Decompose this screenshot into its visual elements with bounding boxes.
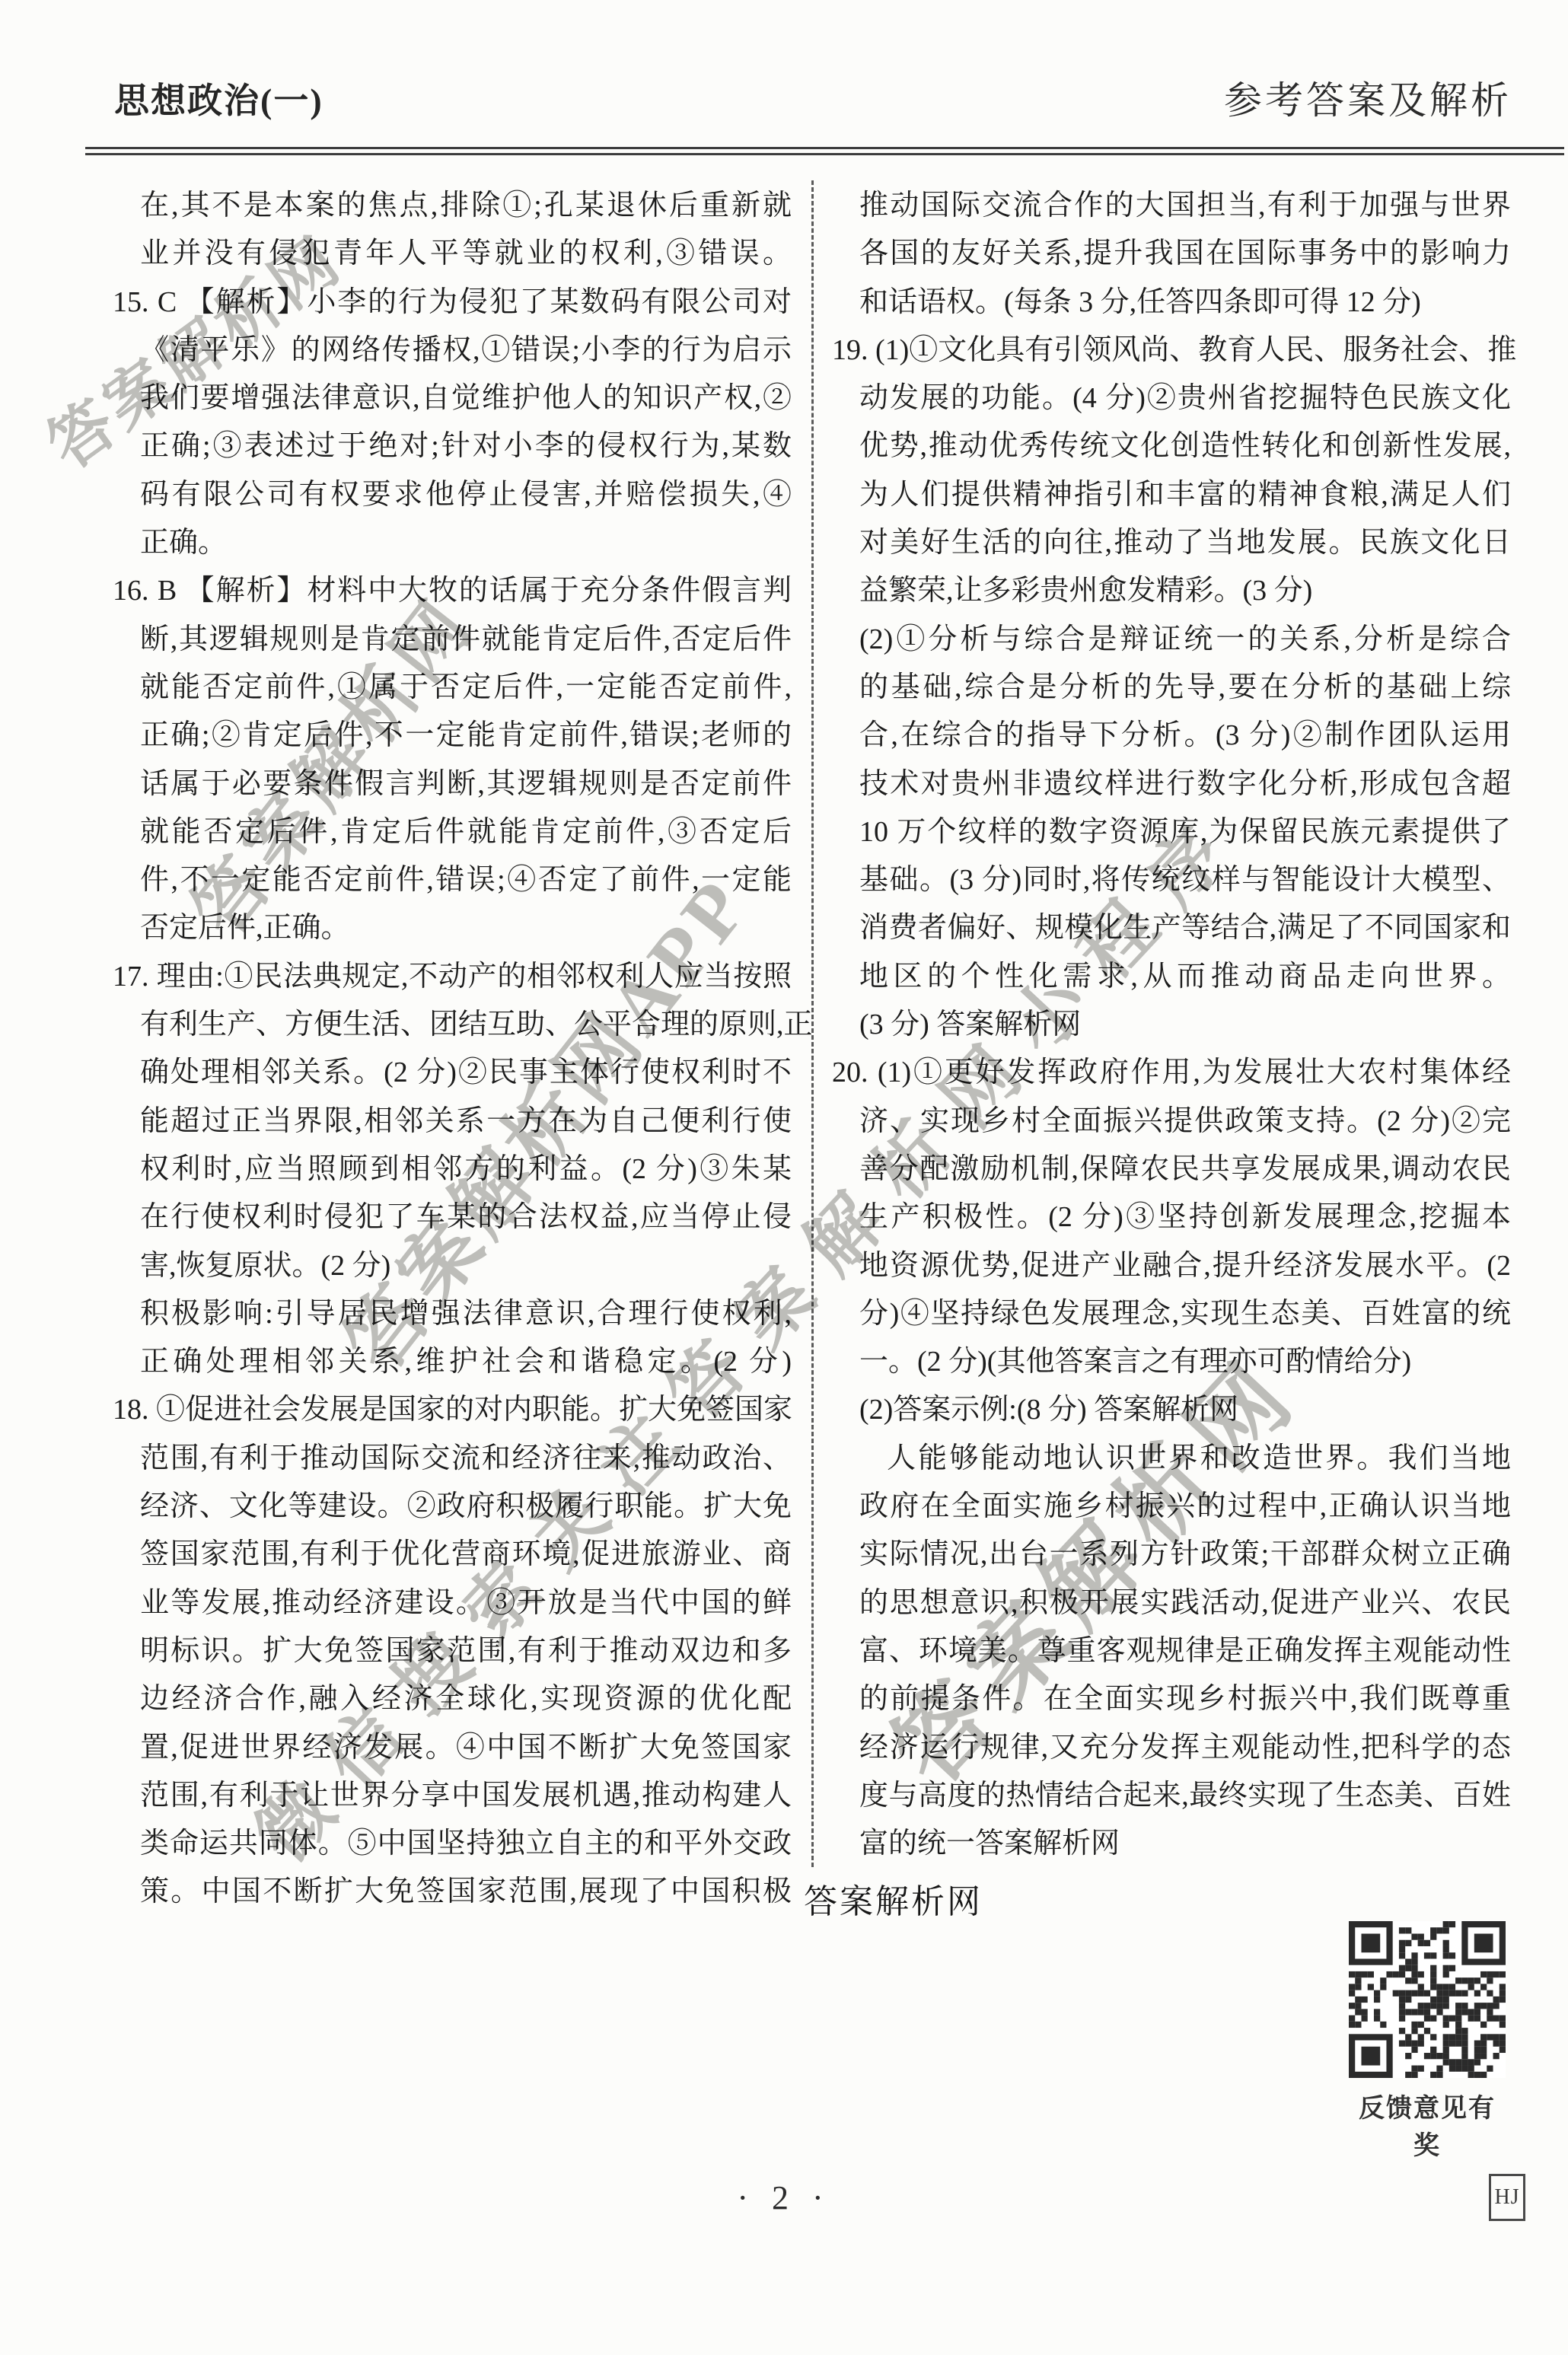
text-line: 类命运共同体。⑤中国坚持独立自主的和平外交政 <box>113 1820 792 1868</box>
text-line: 20. (1)①更好发挥政府作用,为发展壮大农村集体经 <box>832 1049 1511 1097</box>
text-line: 就能否定后件,肯定后件就能肯定前件,③否定后 <box>113 808 792 856</box>
text-line: 动发展的功能。(4 分)②贵州省挖掘特色民族文化 <box>832 374 1511 422</box>
qr-code <box>1349 1921 1506 2078</box>
text-line: 度与高度的热情结合起来,最终实现了生态美、百姓 <box>832 1772 1511 1820</box>
text-line: 码有限公司有权要求他停止侵害,并赔偿损失,④ <box>113 471 792 519</box>
text-line: 济、实现乡村全面振兴提供政策支持。(2 分)②完 <box>832 1098 1511 1146</box>
text-line: 正确。 <box>113 519 792 567</box>
text-line: 推动国际交流合作的大国担当,有利于加强与世界 <box>832 182 1511 230</box>
text-line: 10 万个纹样的数字资源库,为保留民族元素提供了 <box>832 808 1511 856</box>
text-line: 的前提条件。在全面实现乡村振兴中,我们既尊重 <box>832 1675 1511 1723</box>
publisher-badge: HJ <box>1489 2174 1525 2221</box>
text-line: 17. 理由:①民法典规定,不动产的相邻权利人应当按照 <box>113 953 792 1001</box>
text-line: 件,不一定能否定前件,错误;④否定了前件,一定能 <box>113 856 792 904</box>
text-line: 边经济合作,融入经济全球化,实现资源的优化配 <box>113 1675 792 1723</box>
text-line: 业并没有侵犯青年人平等就业的权利,③错误。 <box>113 230 792 278</box>
text-line: 对美好生活的向往,推动了当地发展。民族文化日 <box>832 519 1511 567</box>
scanned-answer-page: 思想政治(一) 参考答案及解析 在,其不是本案的焦点,排除①;孔某退休后重新就业… <box>0 0 1568 2355</box>
text-line: 生产积极性。(2 分)③坚持创新发展理念,挖掘本 <box>832 1193 1511 1241</box>
text-line: 断,其逻辑规则是肯定前件就能肯定后件,否定后件 <box>113 616 792 664</box>
text-line: 一。(2 分)(其他答案言之有理亦可酌情给分) <box>832 1338 1511 1386</box>
text-line: 基础。(3 分)同时,将传统纹样与智能设计大模型、 <box>832 856 1511 904</box>
text-line: 19. (1)①文化具有引领风尚、教育人民、服务社会、推 <box>832 327 1511 374</box>
site-name-text: 答案解析网 <box>804 1874 983 1923</box>
text-line: 16. B 【解析】材料中大牧的话属于充分条件假言判 <box>113 567 792 615</box>
text-line: 优势,推动优秀传统文化创造性转化和创新性发展, <box>832 422 1511 470</box>
text-line: 消费者偏好、规模化生产等结合,满足了不同国家和 <box>832 904 1511 952</box>
text-line: 经济、文化等建设。②政府积极履行职能。扩大免 <box>113 1483 792 1531</box>
page-title: 思想政治(一) <box>114 73 323 123</box>
text-line: 在行使权利时侵犯了车某的合法权益,应当停止侵 <box>113 1193 792 1241</box>
text-line: 善分配激励机制,保障农民共享发展成果,调动农民 <box>832 1146 1511 1193</box>
text-line: 正确;③表述过于绝对;针对小李的侵权行为,某数 <box>113 422 792 470</box>
text-line: 有利生产、方便生活、团结互助、公平合理的原则,正 <box>113 1001 792 1049</box>
text-line: 明标识。扩大免签国家范围,有利于推动双边和多 <box>113 1627 792 1675</box>
text-line: 积极影响:引导居民增强法律意识,合理行使权利, <box>113 1290 792 1338</box>
text-line: 18. ①促进社会发展是国家的对内职能。扩大免签国家 <box>113 1386 792 1434</box>
text-line: 富的统一答案解析网 <box>832 1820 1511 1868</box>
text-line: 人能够能动地认识世界和改造世界。我们当地 <box>832 1435 1511 1483</box>
text-line: 策。中国不断扩大免签国家范围,展现了中国积极 <box>113 1868 792 1916</box>
text-line: 经济运行规律,又充分发挥主观能动性,把科学的态 <box>832 1724 1511 1772</box>
text-line: 为人们提供精神指引和丰富的精神食粮,满足人们 <box>832 471 1511 519</box>
text-line: 《清平乐》的网络传播权,①错误;小李的行为启示 <box>113 327 792 374</box>
text-line: 技术对贵州非遗纹样进行数字化分析,形成包含超 <box>832 760 1511 808</box>
text-line: 我们要增强法律意识,自觉维护他人的知识产权,② <box>113 374 792 422</box>
text-line: 话属于必要条件假言判断,其逻辑规则是否定前件 <box>113 760 792 808</box>
text-line: 实际情况,出台一系列方针政策;干部群众树立正确 <box>832 1531 1511 1579</box>
text-line: 能超过正当界限,相邻关系一方在为自己便利行使 <box>113 1098 792 1146</box>
text-line: 和话语权。(每条 3 分,任答四条即可得 12 分) <box>832 279 1511 327</box>
text-line: (2)答案示例:(8 分) 答案解析网 <box>832 1386 1511 1434</box>
left-column: 在,其不是本案的焦点,排除①;孔某退休后重新就业并没有侵犯青年人平等就业的权利,… <box>113 182 792 1917</box>
text-line: (3 分) 答案解析网 <box>832 1001 1511 1049</box>
text-line: 业等发展,推动经济建设。③开放是当代中国的鲜 <box>113 1579 792 1627</box>
text-line: 否定后件,正确。 <box>113 904 792 952</box>
text-line: 确处理相邻关系。(2 分)②民事主体行使权利时不 <box>113 1049 792 1097</box>
text-line: 就能否定前件,①属于否定后件,一定能否定前件, <box>113 664 792 712</box>
header-answer-title: 参考答案及解析 <box>1224 70 1512 125</box>
text-line: 的基础,综合是分析的先导,要在分析的基础上综 <box>832 664 1511 712</box>
text-line: 害,恢复原状。(2 分) <box>113 1242 792 1290</box>
text-line: 益繁荣,让多彩贵州愈发精彩。(3 分) <box>832 567 1511 615</box>
text-line: 在,其不是本案的焦点,排除①;孔某退休后重新就 <box>113 182 792 230</box>
text-line: 签国家范围,有利于优化营商环境,促进旅游业、商 <box>113 1531 792 1579</box>
text-line: 范围,有利于让世界分享中国发展机遇,推动构建人 <box>113 1772 792 1820</box>
text-line: 分)④坚持绿色发展理念,实现生态美、百姓富的统 <box>832 1290 1511 1338</box>
text-line: 范围,有利于推动国际交流和经济往来,推动政治、 <box>113 1435 792 1483</box>
text-line: 的思想意识,积极开展实践活动,促进产业兴、农民 <box>832 1579 1511 1627</box>
text-line: 合,在综合的指导下分析。(3 分)②制作团队运用 <box>832 712 1511 760</box>
text-line: (2)①分析与综合是辩证统一的关系,分析是综合 <box>832 616 1511 664</box>
text-line: 正确处理相邻关系,维护社会和谐稳定。(2 分) <box>113 1338 792 1386</box>
text-line: 权利时,应当照顾到相邻方的利益。(2 分)③朱某 <box>113 1146 792 1193</box>
text-line: 地资源优势,促进产业融合,提升经济发展水平。(2 <box>832 1242 1511 1290</box>
text-line: 置,促进世界经济发展。④中国不断扩大免签国家 <box>113 1724 792 1772</box>
right-column: 推动国际交流合作的大国担当,有利于加强与世界各国的友好关系,提升我国在国际事务中… <box>832 182 1511 1868</box>
text-line: 15. C 【解析】小李的行为侵犯了某数码有限公司对 <box>113 279 792 327</box>
qr-caption: 反馈意见有奖 <box>1349 2087 1506 2162</box>
text-line: 政府在全面实施乡村振兴的过程中,正确认识当地 <box>832 1483 1511 1531</box>
page-number: · 2 · <box>0 2178 1568 2217</box>
qr-block: 反馈意见有奖 <box>1349 1921 1506 2162</box>
text-line: 各国的友好关系,提升我国在国际事务中的影响力 <box>832 230 1511 278</box>
text-line: 正确;②肯定后件,不一定能肯定前件,错误;老师的 <box>113 712 792 760</box>
text-line: 地区的个性化需求,从而推动商品走向世界。 <box>832 953 1511 1001</box>
header-double-rule <box>85 147 1564 155</box>
text-line: 富、环境美。尊重客观规律是正确发挥主观能动性 <box>832 1627 1511 1675</box>
